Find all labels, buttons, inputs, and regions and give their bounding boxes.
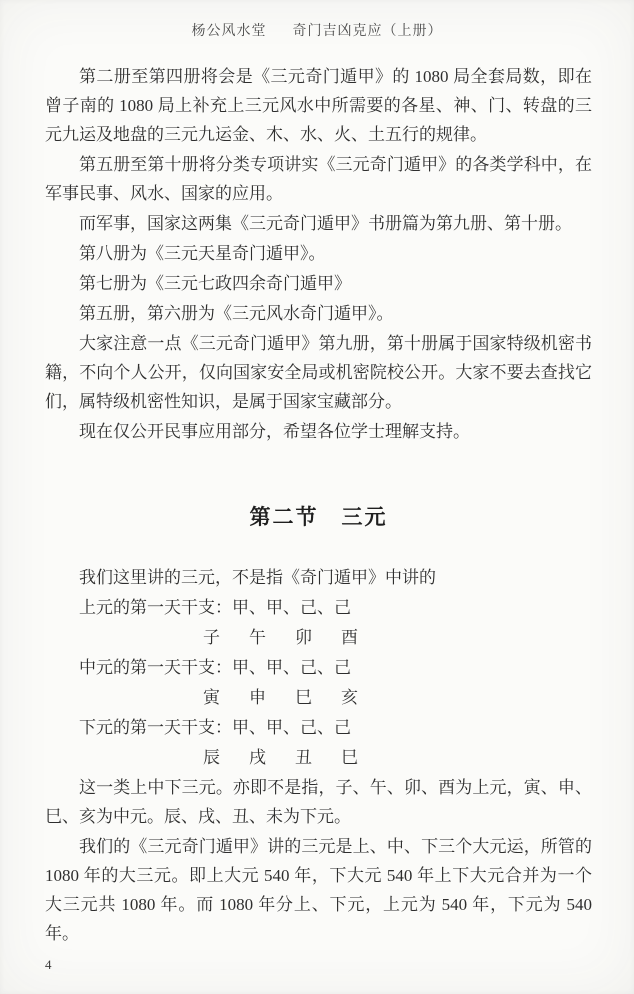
paragraph: 这一类上中下三元。亦即不是指，子、午、卯、酉为上元，寅、申、巳、亥为中元。辰、戌… — [45, 773, 592, 831]
branch-line: 寅 申 巳 亥 — [45, 683, 592, 712]
book-page: 杨公风水堂奇门吉凶克应（上册） 第二册至第四册将会是《三元奇门遁甲》的 1080… — [0, 0, 634, 994]
header-book-title: 奇门吉凶克应（上册） — [293, 24, 443, 39]
branch-line: 辰 戌 丑 巳 — [45, 743, 592, 772]
section-heading: 第二节 三元 — [45, 503, 592, 532]
page-body: 第二册至第四册将会是《三元奇门遁甲》的 1080 局全套局数，即在曾子南的 10… — [45, 62, 592, 949]
paragraph: 上元的第一天干支：甲、甲、己、己 — [45, 593, 592, 622]
running-header: 杨公风水堂奇门吉凶克应（上册） — [0, 20, 634, 40]
paragraph: 我们的《三元奇门遁甲》讲的三元是上、中、下三个大元运，所管的 1080 年的大三… — [45, 832, 592, 948]
paragraph: 大家注意一点《三元奇门遁甲》第九册，第十册属于国家特级机密书籍，不向个人公开，仅… — [45, 329, 592, 416]
paragraph: 中元的第一天干支：甲、甲、己、己 — [45, 653, 592, 682]
header-publisher: 杨公风水堂 — [192, 24, 267, 39]
branch-line: 子 午 卯 酉 — [45, 623, 592, 652]
paragraph: 而军事，国家这两集《三元奇门遁甲》书册篇为第九册、第十册。 — [45, 209, 592, 238]
paragraph: 下元的第一天干支：甲、甲、己、己 — [45, 713, 592, 742]
paragraph: 现在仅公开民事应用部分，希望各位学士理解支持。 — [45, 417, 592, 446]
paragraph: 第八册为《三元天星奇门遁甲》。 — [45, 239, 592, 268]
paragraph: 第七册为《三元七政四余奇门遁甲》 — [45, 269, 592, 298]
paragraph: 我们这里讲的三元，不是指《奇门遁甲》中讲的 — [45, 563, 592, 592]
paragraph: 第二册至第四册将会是《三元奇门遁甲》的 1080 局全套局数，即在曾子南的 10… — [45, 62, 592, 149]
paragraph: 第五册至第十册将分类专项讲实《三元奇门遁甲》的各类学科中，在军事民事、风水、国家… — [45, 150, 592, 208]
page-number: 4 — [45, 957, 52, 973]
paragraph: 第五册，第六册为《三元风水奇门遁甲》。 — [45, 299, 592, 328]
